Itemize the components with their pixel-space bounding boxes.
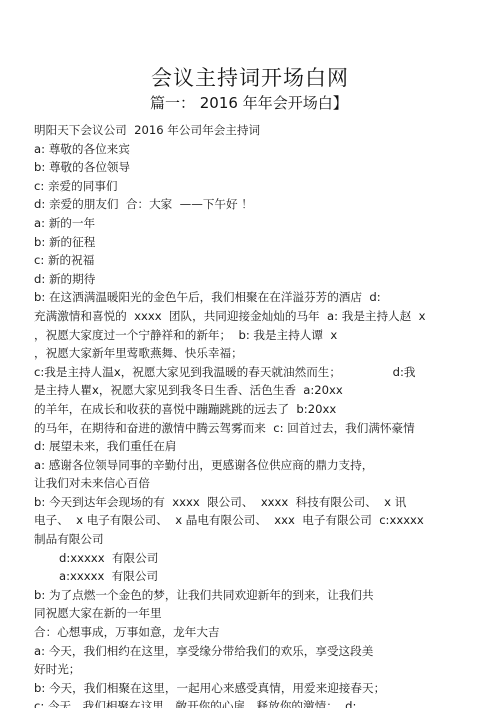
- text-line: b: 今天，我们相聚在这里，一起用心来感受真情，用爱来迎接春天；: [34, 679, 474, 698]
- text-line: ，祝愿大家度过一个宁静祥和的新年； b: 我是主持人谭 x: [34, 326, 474, 345]
- text-line: a: 尊敬的各位来宾: [34, 140, 474, 159]
- text-line: 好时光；: [34, 660, 474, 679]
- text-line: 制品有限公司: [34, 530, 474, 549]
- text-line: ，祝愿大家新年里莺歌燕舞、快乐幸福；: [34, 344, 474, 363]
- text-line: 是主持人瞿x，祝愿大家见到我冬日生香、活色生香 a:20xx: [34, 381, 474, 400]
- text-line: c:我是主持人温x，祝愿大家见到我温暖的春天就油然而生； d:我: [34, 363, 474, 382]
- text-line: b: 今天到达年会现场的有 xxxx 限公司、 xxxx 科技有限公司、 x 讯: [34, 493, 474, 512]
- text-line: a: 新的一年: [34, 214, 474, 233]
- text-line: d: 亲爱的朋友们 合：大家 ——下午好 ！: [34, 195, 474, 214]
- text-line: 合：心想事成，万事如意，龙年大吉: [34, 623, 474, 642]
- text-line: a: 感谢各位领导同事的辛勤付出，更感谢各位供应商的鼎力支持，: [34, 456, 474, 475]
- text-line: 明阳天下会议公司 2016 年公司年会主持词: [34, 121, 474, 140]
- text-line: 电子、 x 电子有限公司、 x 晶电有限公司、 xxx 电子有限公司 c:xxx…: [34, 511, 474, 530]
- text-line: b: 新的征程: [34, 233, 474, 252]
- text-line: 让我们对未来信心百倍: [34, 474, 474, 493]
- text-line: d: 新的期待: [34, 270, 474, 289]
- text-line: d: 展望未来，我们重任在肩: [34, 437, 474, 456]
- text-line: b: 尊敬的各位领导: [34, 158, 474, 177]
- text-line: c: 新的祝福: [34, 251, 474, 270]
- document-subtitle: 篇一： 2016 年年会开场白】: [150, 92, 348, 113]
- document-title: 会议主持词开场白网: [0, 62, 500, 92]
- text-line: a: 今天，我们相约在这里，享受缘分带给我们的欢乐，享受这段美: [34, 642, 474, 661]
- text-line: b: 在这洒满温暖阳光的金色午后，我们相聚在在洋溢芬芳的酒店 d:: [34, 288, 474, 307]
- text-line: a:xxxxx 有限公司: [34, 567, 474, 586]
- document-body: 明阳天下会议公司 2016 年公司年会主持词 a: 尊敬的各位来宾 b: 尊敬的…: [34, 121, 474, 708]
- text-line: c: 亲爱的同事们: [34, 177, 474, 196]
- text-line: c: 今天，我们相聚在这里，敞开你的心扉，释放你的激情； d:: [34, 697, 474, 708]
- text-line: d:xxxxx 有限公司: [34, 549, 474, 568]
- text-line: 同祝愿大家在新的一年里: [34, 604, 474, 623]
- text-line: 的羊年，在成长和收获的喜悦中蹦蹦跳跳的远去了 b:20xx: [34, 400, 474, 419]
- text-line: 的马年，在期待和奋进的激情中腾云驾雾而来 c: 回首过去，我们满怀豪情: [34, 419, 474, 438]
- text-line: b: 为了点燃一个金色的梦，让我们共同欢迎新年的到来，让我们共: [34, 586, 474, 605]
- text-line: 充满激情和喜悦的 xxxx 团队，共同迎接金灿灿的马年 a: 我是主持人赵 x: [34, 307, 474, 326]
